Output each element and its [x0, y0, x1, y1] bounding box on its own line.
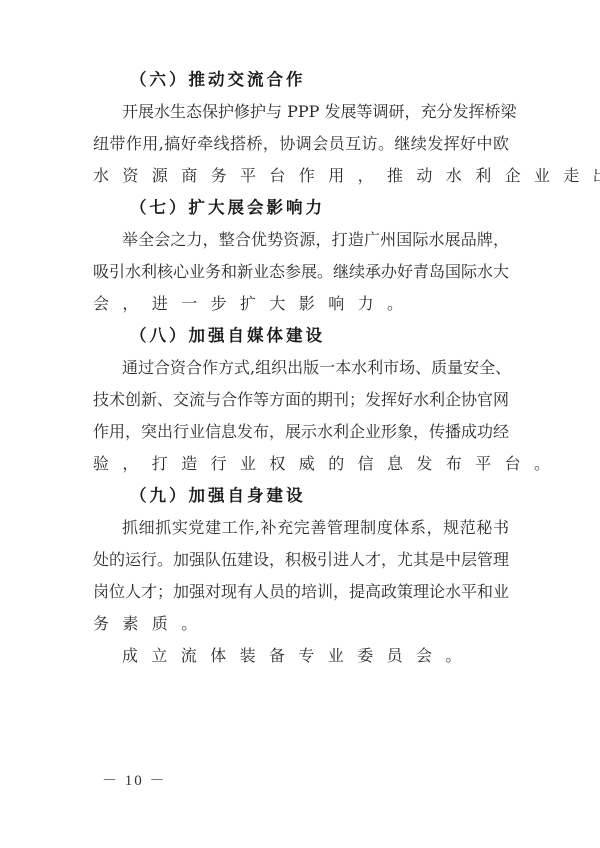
- paragraph-line: 抓细抓实党建工作,补充完善管理制度体系，规范秘书: [122, 516, 509, 540]
- paragraph-line: 水资源商务平台作用，推动水利企业走出去。: [93, 164, 509, 188]
- paragraph-line: 处的运行。加强队伍建设，积极引进人才，尤其是中层管理: [93, 548, 509, 572]
- section-heading-8: （八）加强自媒体建设: [130, 324, 546, 348]
- paragraph-line: 会，进一步扩大影响力。: [93, 292, 509, 316]
- paragraph-line: 通过合资合作方式,组织出版一本水利市场、质量安全、: [122, 356, 509, 380]
- paragraph-line: 作用，突出行业信息发布，展示水利企业形象，传播成功经: [93, 420, 509, 444]
- closing-paragraph: 成立流体装备专业委员会。: [122, 644, 538, 668]
- paragraph-line: 吸引水利核心业务和新业态参展。继续承办好青岛国际水大: [93, 260, 509, 284]
- paragraph-line: 技术创新、交流与合作等方面的期刊；发挥好水利企协官网: [93, 388, 509, 412]
- section-heading-9: （九）加强自身建设: [130, 484, 546, 508]
- paragraph-line: 务素质。: [93, 612, 509, 636]
- page-number: － 10 －: [102, 769, 167, 790]
- paragraph-line: 开展水生态保护修护与 PPP 发展等调研，充分发挥桥梁: [122, 100, 509, 124]
- paragraph-line: 举全会之力，整合优势资源，打造广州国际水展品牌，: [122, 228, 509, 252]
- section-heading-7: （七）扩大展会影响力: [130, 196, 546, 220]
- paragraph-line: 验，打造行业权威的信息发布平台。: [93, 452, 509, 476]
- paragraph-line: 岗位人才；加强对现有人员的培训，提高政策理论水平和业: [93, 580, 509, 604]
- paragraph-line: 纽带作用,搞好牵线搭桥，协调会员互访。继续发挥好中欧: [93, 132, 509, 156]
- section-heading-6: （六）推动交流合作: [130, 68, 546, 92]
